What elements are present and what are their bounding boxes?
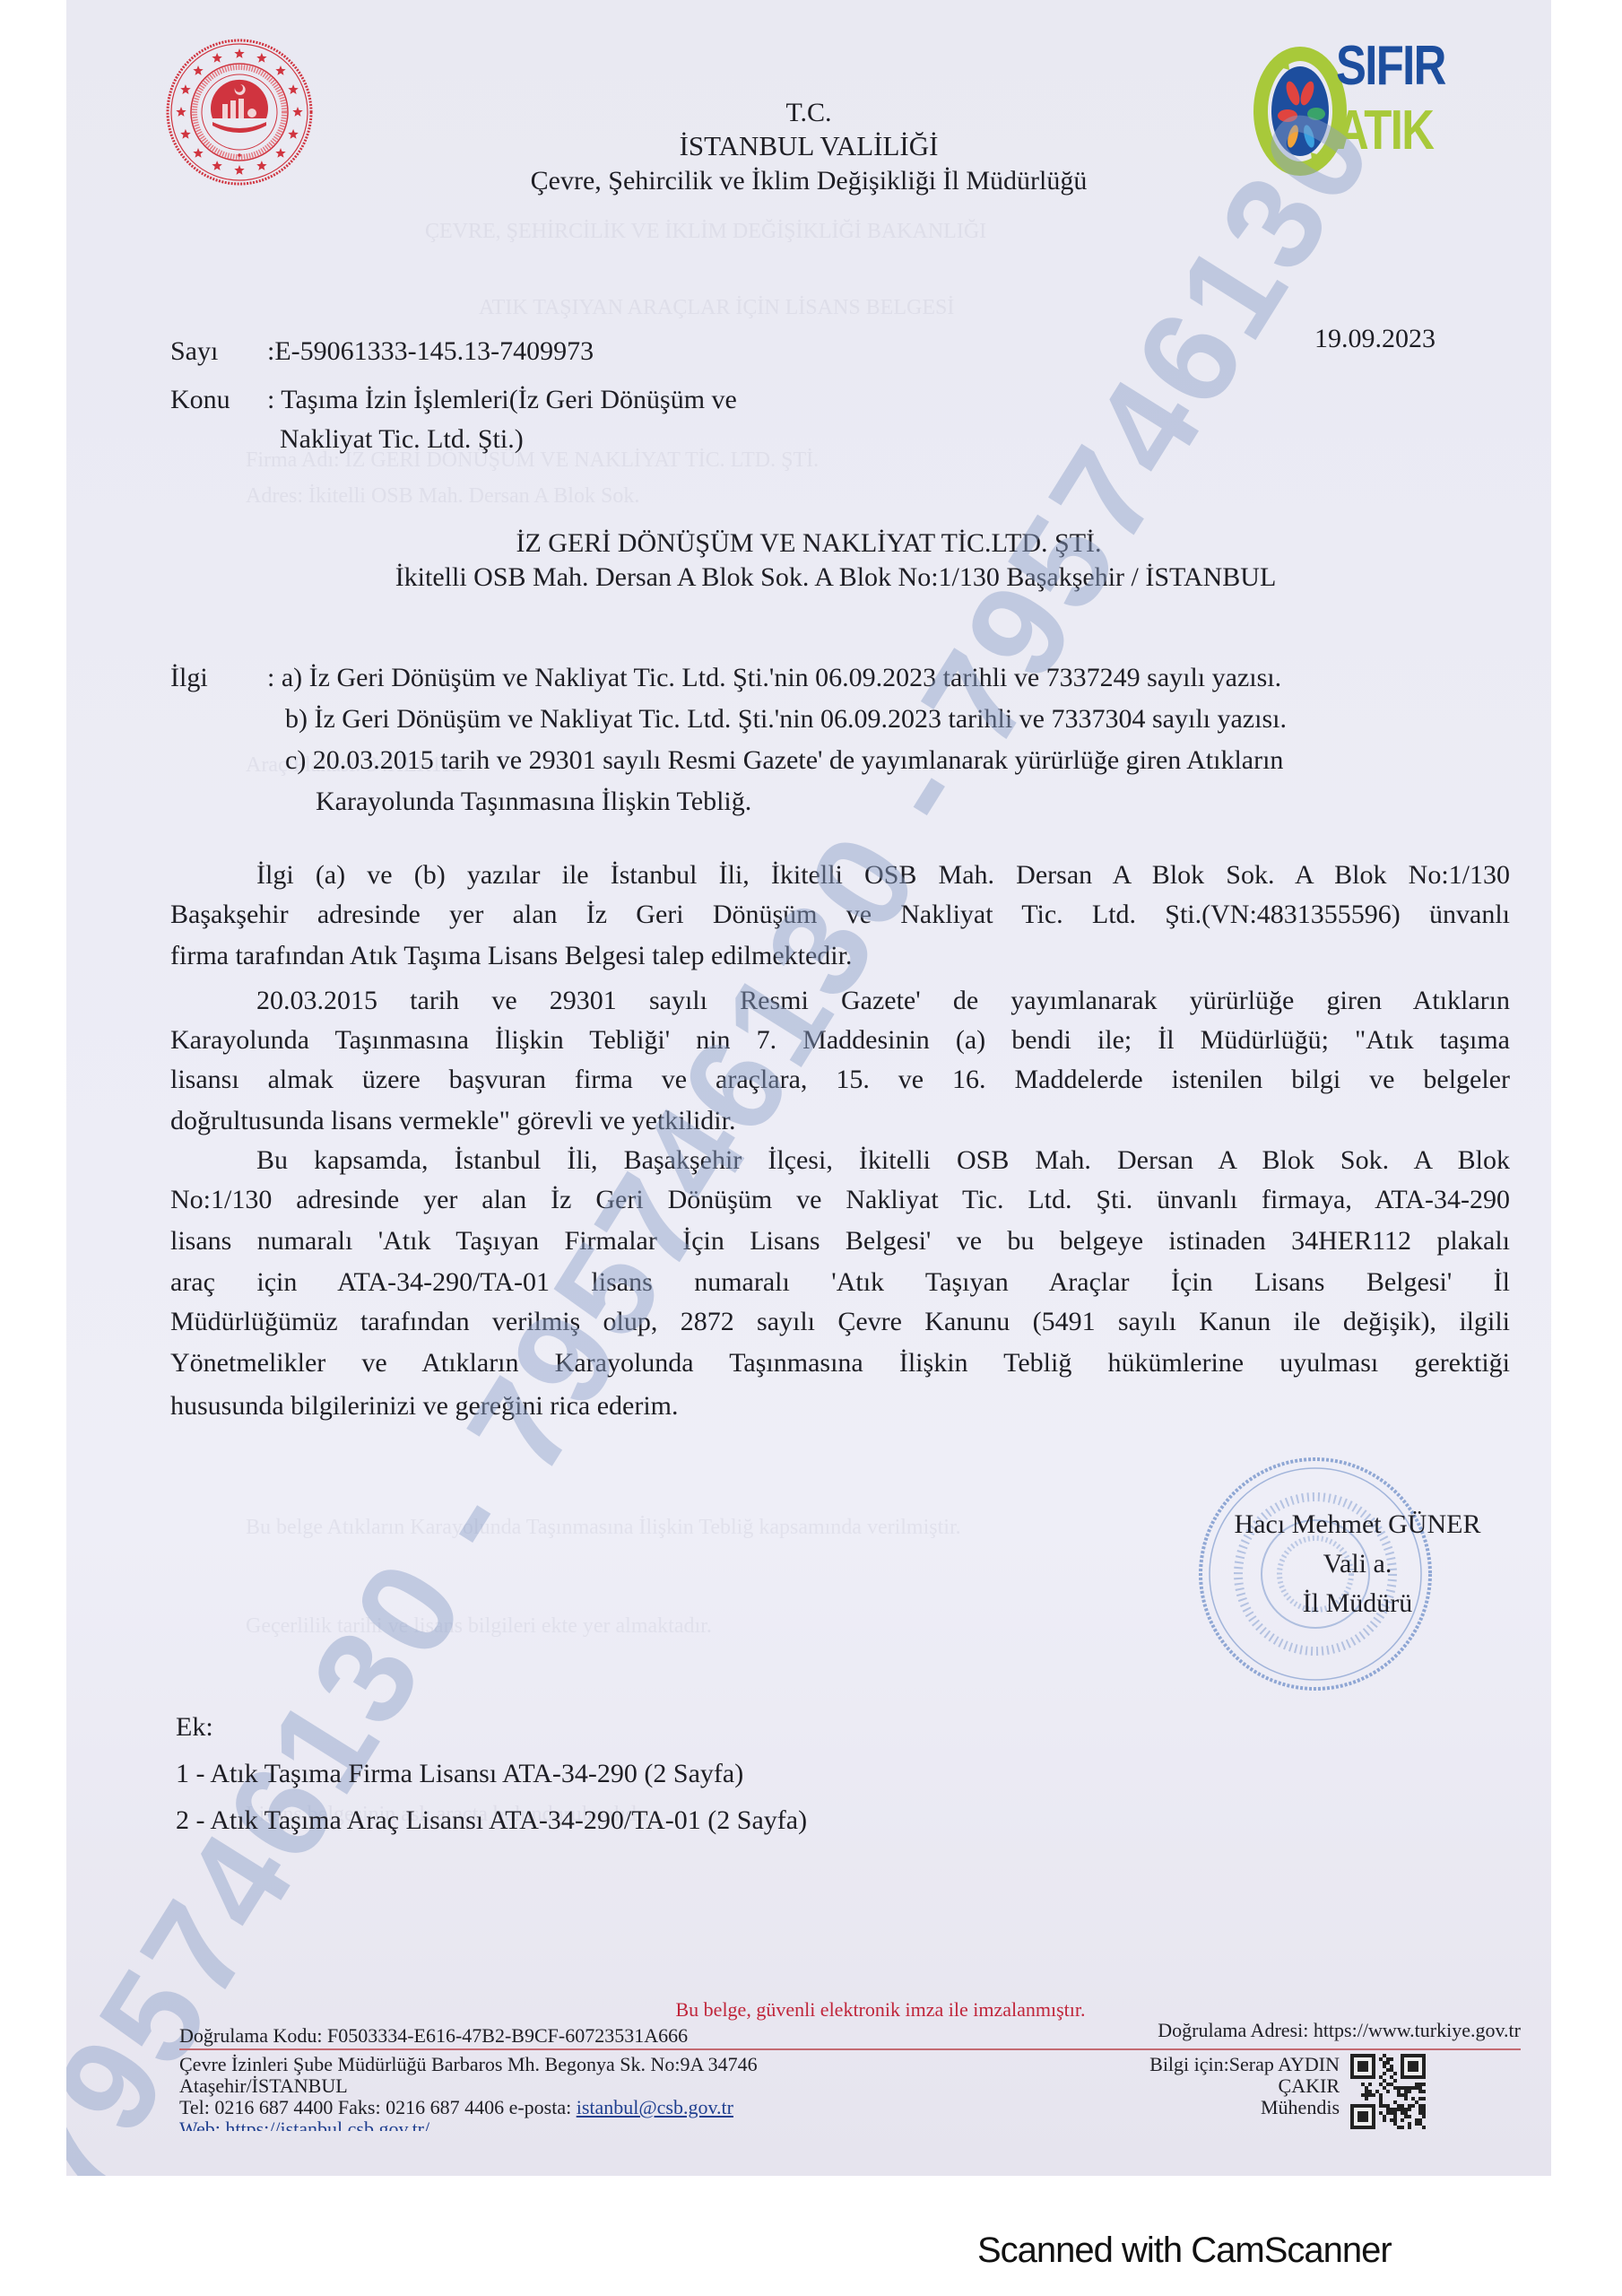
qr-code-icon[interactable] [1350, 2054, 1426, 2129]
body-line: hususunda bilgilerinizi ve gereğini rica… [170, 1390, 1510, 1422]
show-through-text: Bu belge Atıkların Karayolunda Taşınması… [246, 1516, 961, 1540]
show-through-text: Adres: İkitelli OSB Mah. Dersan A Blok S… [246, 484, 639, 509]
signatory-title-2: İl Müdürü [1178, 1587, 1537, 1620]
web-link[interactable]: Web: https://istanbul.csb.gov.tr/ [179, 2118, 429, 2131]
attachments-label: Ek: [176, 1711, 213, 1744]
show-through-text: ÇEVRE, ŞEHİRCİLİK VE İKLİM DEĞİŞİKLİĞİ B… [425, 220, 986, 244]
body-line: lisans numaralı 'Atık Taşıyan Firmalar İ… [170, 1225, 1510, 1257]
konu-line-1: : Taşıma İzin İşlemleri(İz Geri Dönüşüm … [267, 384, 737, 416]
verification-address: Doğrulama Adresi: https://www.turkiye.go… [1031, 2020, 1521, 2041]
atik-text: ATIK [1336, 99, 1433, 162]
sayi-label: Sayı [170, 335, 218, 368]
konu-line-2: Nakliyat Tic. Ltd. Şti.) [280, 423, 524, 456]
attachment-item: 1 - Atık Taşıma Firma Lisansı ATA-34-290… [176, 1758, 743, 1790]
body-line: Müdürlüğümüz tarafından verilmiş olup, 2… [170, 1306, 1510, 1338]
footer-divider [179, 2048, 1521, 2050]
email-link[interactable]: istanbul@csb.gov.tr [577, 2096, 733, 2118]
body-line: No:1/130 adresinde yer alan İz Geri Dönü… [170, 1184, 1510, 1216]
attachment-item: 2 - Atık Taşıma Araç Lisansı ATA-34-290/… [176, 1805, 807, 1837]
show-through-text: ATIK TAŞIYAN ARAÇLAR İÇİN LİSANS BELGESİ [479, 296, 954, 320]
contact-text: Tel: 0216 687 4400 Faks: 0216 687 4406 e… [179, 2096, 577, 2118]
info-contact-surname: ÇAKIR [1071, 2075, 1340, 2097]
ilgi-item-c: c) 20.03.2015 tarih ve 29301 sayılı Resm… [285, 744, 1283, 777]
body-line: doğrultusunda lisans vermekle" görevli v… [170, 1105, 1510, 1137]
body-line: Başakşehir adresinde yer alan İz Geri Dö… [170, 899, 1510, 931]
office-contact: Tel: 0216 687 4400 Faks: 0216 687 4406 e… [179, 2097, 733, 2118]
recipient-address: İkitelli OSB Mah. Dersan A Blok Sok. A B… [66, 561, 1551, 594]
ilgi-item-b: b) İz Geri Dönüşüm ve Nakliyat Tic. Ltd.… [285, 703, 1287, 735]
office-address-line-1: Çevre İzinleri Şube Müdürlüğü Barbaros M… [179, 2054, 758, 2075]
verification-code: Doğrulama Kodu: F0503334-E616-47B2-B9CF-… [179, 2025, 688, 2047]
sayi-value: :E-59061333-145.13-7409973 [267, 335, 594, 368]
body-line: Bu kapsamda, İstanbul İli, Başakşehir İl… [256, 1144, 1510, 1177]
konu-label: Konu [170, 384, 230, 416]
body-line: Yönetmelikler ve Atıkların Karayolunda T… [170, 1347, 1510, 1379]
ilgi-item-c-cont: Karayolunda Taşınmasına İlişkin Tebliğ. [316, 786, 751, 818]
body-line: İlgi (a) ve (b) yazılar ile İstanbul İli… [256, 859, 1510, 891]
sifir-atik-logo: SIFIR ATIK [1246, 30, 1515, 183]
ilgi-label: İlgi [170, 662, 208, 694]
info-contact-title: Mühendis [1071, 2097, 1340, 2118]
ilgi-item-a: : a) İz Geri Dönüşüm ve Nakliyat Tic. Lt… [267, 662, 1281, 694]
info-contact-name: Bilgi için:Serap AYDIN [1071, 2054, 1340, 2075]
document-date: 19.09.2023 [1314, 323, 1436, 355]
recipient-name: İZ GERİ DÖNÜŞÜM VE NAKLİYAT TİC.LTD. ŞTİ… [66, 527, 1551, 560]
body-line: Karayolunda Taşınmasına İlişkin Tebliği'… [170, 1024, 1510, 1057]
document-page: ÇEVRE, ŞEHİRCİLİK VE İKLİM DEĞİŞİKLİĞİ B… [66, 0, 1551, 2176]
office-address-line-2: Ataşehir/İSTANBUL [179, 2075, 348, 2097]
body-line: 20.03.2015 tarih ve 29301 sayılı Resmi G… [256, 985, 1510, 1017]
signatory-title-1: Vali a. [1178, 1548, 1537, 1580]
sifir-text: SIFIR [1336, 34, 1445, 98]
signatory-name: Hacı Mehmet GÜNER [1178, 1509, 1537, 1541]
scanner-label: Scanned with CamScanner [977, 2231, 1392, 2271]
show-through-text: Geçerlilik tarihi ve lisans bilgileri ek… [246, 1614, 712, 1639]
body-line: firma tarafından Atık Taşıma Lisans Belg… [170, 940, 1510, 972]
body-line: araç için ATA-34-290/TA-01 lisans numara… [170, 1266, 1510, 1299]
body-line: lisansı almak üzere başvuran firma ve ar… [170, 1064, 1510, 1096]
